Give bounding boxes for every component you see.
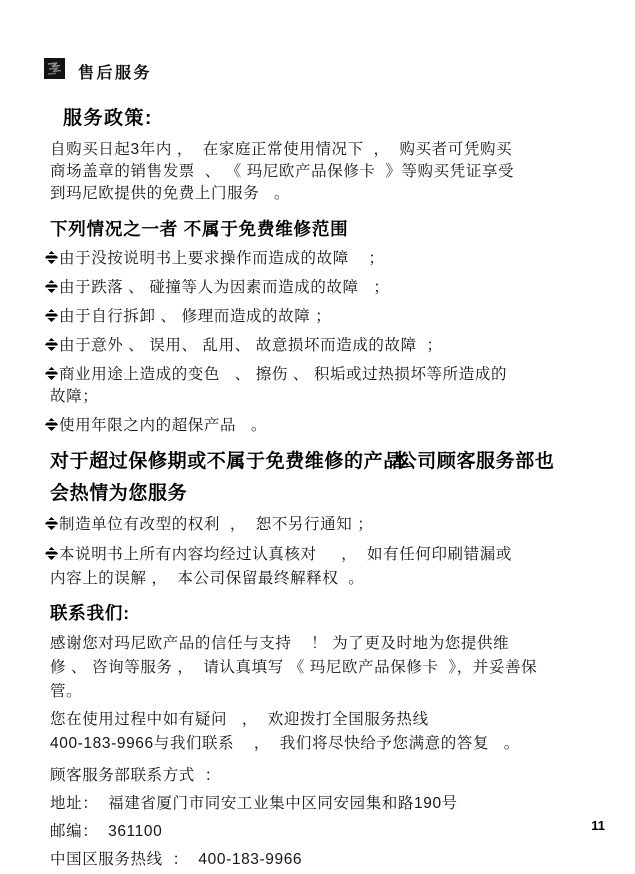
bullet-text: 由于没按说明书上要求操作而造成的故障 ； <box>59 250 385 267</box>
bullet-item: 本说明书上所有内容均经过认真核对 ， 如有任何印刷错漏或 内容上的误解 ， 本公… <box>50 543 595 591</box>
paragraph-line: 商场盖章的销售发票 、 《 玛尼欧产品保修卡 》等购买凭证享受 <box>50 161 595 183</box>
diamond-bullet-icon <box>45 251 58 264</box>
postcode-line: 邮编： 361100 <box>50 818 595 846</box>
bullet-text: 由于自行拆卸 、 修理而造成的故障 ； <box>59 308 331 325</box>
manual-logo-icon <box>44 58 65 84</box>
contact-paragraph-2: 您在使用过程中如有疑问 ， 欢迎拨打全国服务热线 400-183-9966与我们… <box>50 708 595 756</box>
paragraph-line: 管。 <box>50 680 595 704</box>
heading-overlap-text: 品本 <box>383 451 397 472</box>
disclaimer-list: 制造单位有改型的权利 ， 恕不另行通知 ； 本说明书上所有内容均经过认真核对 ，… <box>50 514 595 591</box>
diamond-bullet-icon <box>45 309 58 322</box>
section-header: 售后服务 <box>44 58 595 84</box>
bullet-text: 使用年限之内的超保产品 。 <box>59 417 267 434</box>
bullet-continuation: 故障； <box>50 386 595 408</box>
bullet-item: 由于自行拆卸 、 修理而造成的故障 ； <box>50 306 595 328</box>
bullet-item: 商业用途上造成的变色 、 擦伤 、 积垢或过热损坏等所造成的 故障； <box>50 364 595 408</box>
bullet-item: 由于意外 、 误用、 乱用、 故意损坏而造成的故障 ； <box>50 335 595 357</box>
page-number: 11 <box>591 818 605 833</box>
contact-details: 顾客服务部联系方式 ： 地址： 福建省厦门市同安工业集中区同安园集和路190号 … <box>50 762 595 874</box>
diamond-bullet-icon <box>45 517 58 530</box>
hotline-line: 400-183-9966与我们联系 ， 我们将尽快给予您满意的答复 。 <box>50 732 595 756</box>
address-line: 地址： 福建省厦门市同安工业集中区同安园集和路190号 <box>50 790 595 818</box>
paragraph-line: 您在使用过程中如有疑问 ， 欢迎拨打全国服务热线 <box>50 708 595 732</box>
bullet-item: 制造单位有改型的权利 ， 恕不另行通知 ； <box>50 514 595 536</box>
diamond-bullet-icon <box>45 418 58 431</box>
paragraph-line: 到玛尼欧提供的免费上门服务 。 <box>50 183 595 205</box>
heading-text: 公司顾客服务部也 <box>398 451 555 472</box>
dept-contact-line: 顾客服务部联系方式 ： <box>50 762 595 790</box>
paragraph-line: 修 、 咨询等服务 ， 请认真填写 《 玛尼欧产品保修卡 》，并妥善保 <box>50 656 595 680</box>
diamond-bullet-icon <box>45 338 58 351</box>
heading-out-of-warranty: 对于超过保修期或不属于免费维修的产品本公司顾客服务部也 会热情为您服务 <box>50 446 595 510</box>
bullet-text: 制造单位有改型的权利 ， 恕不另行通知 ； <box>59 516 373 533</box>
page-title: 售后服务 <box>78 60 152 83</box>
diamond-bullet-icon <box>45 367 58 380</box>
contact-paragraph-1: 感谢您对玛尼欧产品的信任与支持 ！ 为了更及时地为您提供维 修 、 咨询等服务 … <box>50 632 595 704</box>
bullet-text: 由于意外 、 误用、 乱用、 故意损坏而造成的故障 ； <box>59 337 443 354</box>
heading-contact-us: 联系我们: <box>50 600 595 625</box>
bullet-item: 使用年限之内的超保产品 。 <box>50 415 595 437</box>
not-covered-list: 由于没按说明书上要求操作而造成的故障 ； 由于跌落 、 碰撞等人为因素而造成的故… <box>50 248 595 437</box>
heading-not-covered: 下列情况之一者 不属于免费维修范围 <box>50 216 595 241</box>
bullet-item: 由于跌落 、 碰撞等人为因素而造成的故障 ； <box>50 277 595 299</box>
page-content: 售后服务 服务政策: 自购买日起3年内 ， 在家庭正常使用情况下 ， 购买者可凭… <box>50 58 595 874</box>
service-policy-paragraph: 自购买日起3年内 ， 在家庭正常使用情况下 ， 购买者可凭购买 商场盖章的销售发… <box>50 139 595 205</box>
bullet-text: 商业用途上造成的变色 、 擦伤 、 积垢或过热损坏等所造成的 <box>59 366 507 383</box>
bullet-item: 由于没按说明书上要求操作而造成的故障 ； <box>50 248 595 270</box>
bullet-text: 本说明书上所有内容均经过认真核对 ， 如有任何印刷错漏或 <box>59 546 512 563</box>
diamond-bullet-icon <box>45 547 58 560</box>
paragraph-line: 感谢您对玛尼欧产品的信任与支持 ！ 为了更及时地为您提供维 <box>50 632 595 656</box>
bullet-continuation: 内容上的误解 ， 本公司保留最终解释权 。 <box>50 567 595 591</box>
manual-page: 售后服务 服务政策: 自购买日起3年内 ， 在家庭正常使用情况下 ， 购买者可凭… <box>0 0 635 874</box>
heading-text: 会热情为您服务 <box>50 478 595 510</box>
diamond-bullet-icon <box>45 280 58 293</box>
paragraph-line: 自购买日起3年内 ， 在家庭正常使用情况下 ， 购买者可凭购买 <box>50 139 595 161</box>
heading-service-policy: 服务政策: <box>63 103 595 130</box>
service-hotline-line: 中国区服务热线 ： 400-183-9966 <box>50 846 595 874</box>
bullet-text: 由于跌落 、 碰撞等人为因素而造成的故障 ； <box>59 279 389 296</box>
heading-text: 对于超过保修期或不属于免费维修的产 <box>50 451 383 472</box>
